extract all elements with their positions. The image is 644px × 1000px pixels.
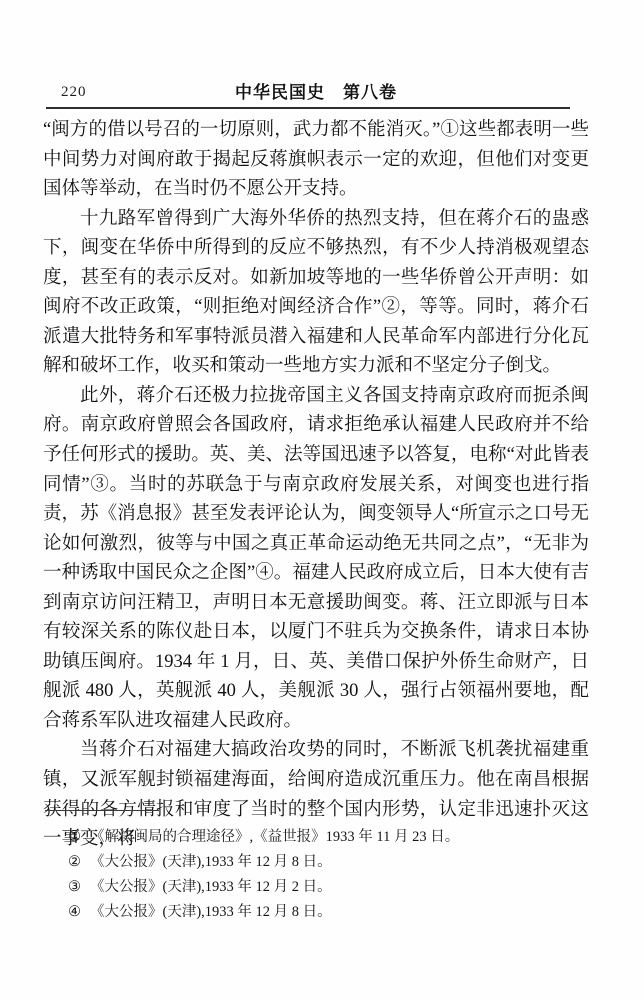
running-head-title: 中华民国史 第八卷 bbox=[45, 78, 587, 103]
page-number: 220 bbox=[61, 84, 87, 101]
footnote-3-text: 《大公报》(天津),1933 年 12 月 2 日。 bbox=[90, 875, 590, 900]
footnote-1: ① 《解决闽局的合理途径》,《益世报》1933 年 11 月 23 日。 bbox=[68, 825, 590, 850]
footnotes-block: ① 《解决闽局的合理途径》,《益世报》1933 年 11 月 23 日。 ② 《… bbox=[68, 825, 590, 925]
footnote-3: ③ 《大公报》(天津),1933 年 12 月 2 日。 bbox=[68, 875, 590, 900]
footnote-4-text: 《大公报》(天津),1933 年 12 月 8 日。 bbox=[90, 900, 590, 925]
header-rule bbox=[46, 107, 570, 109]
footnote-separator-rule bbox=[45, 810, 159, 811]
footnote-3-marker: ③ bbox=[68, 875, 81, 900]
body-paragraph-1: “闽方的借以号召的一切原则，武力都不能消灭。”①这些都表明一些中间势力对闽府敢于… bbox=[43, 116, 589, 205]
running-head: 220 中华民国史 第八卷 bbox=[45, 78, 587, 102]
footnote-2-marker: ② bbox=[68, 850, 81, 875]
body-text: “闽方的借以号召的一切原则，武力都不能消灭。”①这些都表明一些中间势力对闽府敢于… bbox=[43, 116, 589, 855]
footnote-2-text: 《大公报》(天津),1933 年 12 月 8 日。 bbox=[90, 850, 590, 875]
footnote-4: ④ 《大公报》(天津),1933 年 12 月 8 日。 bbox=[68, 900, 590, 925]
footnote-1-marker: ① bbox=[68, 825, 81, 850]
footnote-2: ② 《大公报》(天津),1933 年 12 月 8 日。 bbox=[68, 850, 590, 875]
body-paragraph-2: 十九路军曾得到广大海外华侨的热烈支持，但在蒋介石的蛊惑下，闽变在华侨中所得到的反… bbox=[43, 205, 589, 382]
book-page: 220 中华民国史 第八卷 “闽方的借以号召的一切原则，武力都不能消灭。”①这些… bbox=[0, 0, 644, 1000]
footnote-4-marker: ④ bbox=[68, 900, 81, 925]
body-paragraph-3: 此外，蒋介石还极力拉拢帝国主义各国支持南京政府而扼杀闽府。南京政府曾照会各国政府… bbox=[43, 382, 589, 737]
footnote-1-text: 《解决闽局的合理途径》,《益世报》1933 年 11 月 23 日。 bbox=[90, 825, 590, 850]
